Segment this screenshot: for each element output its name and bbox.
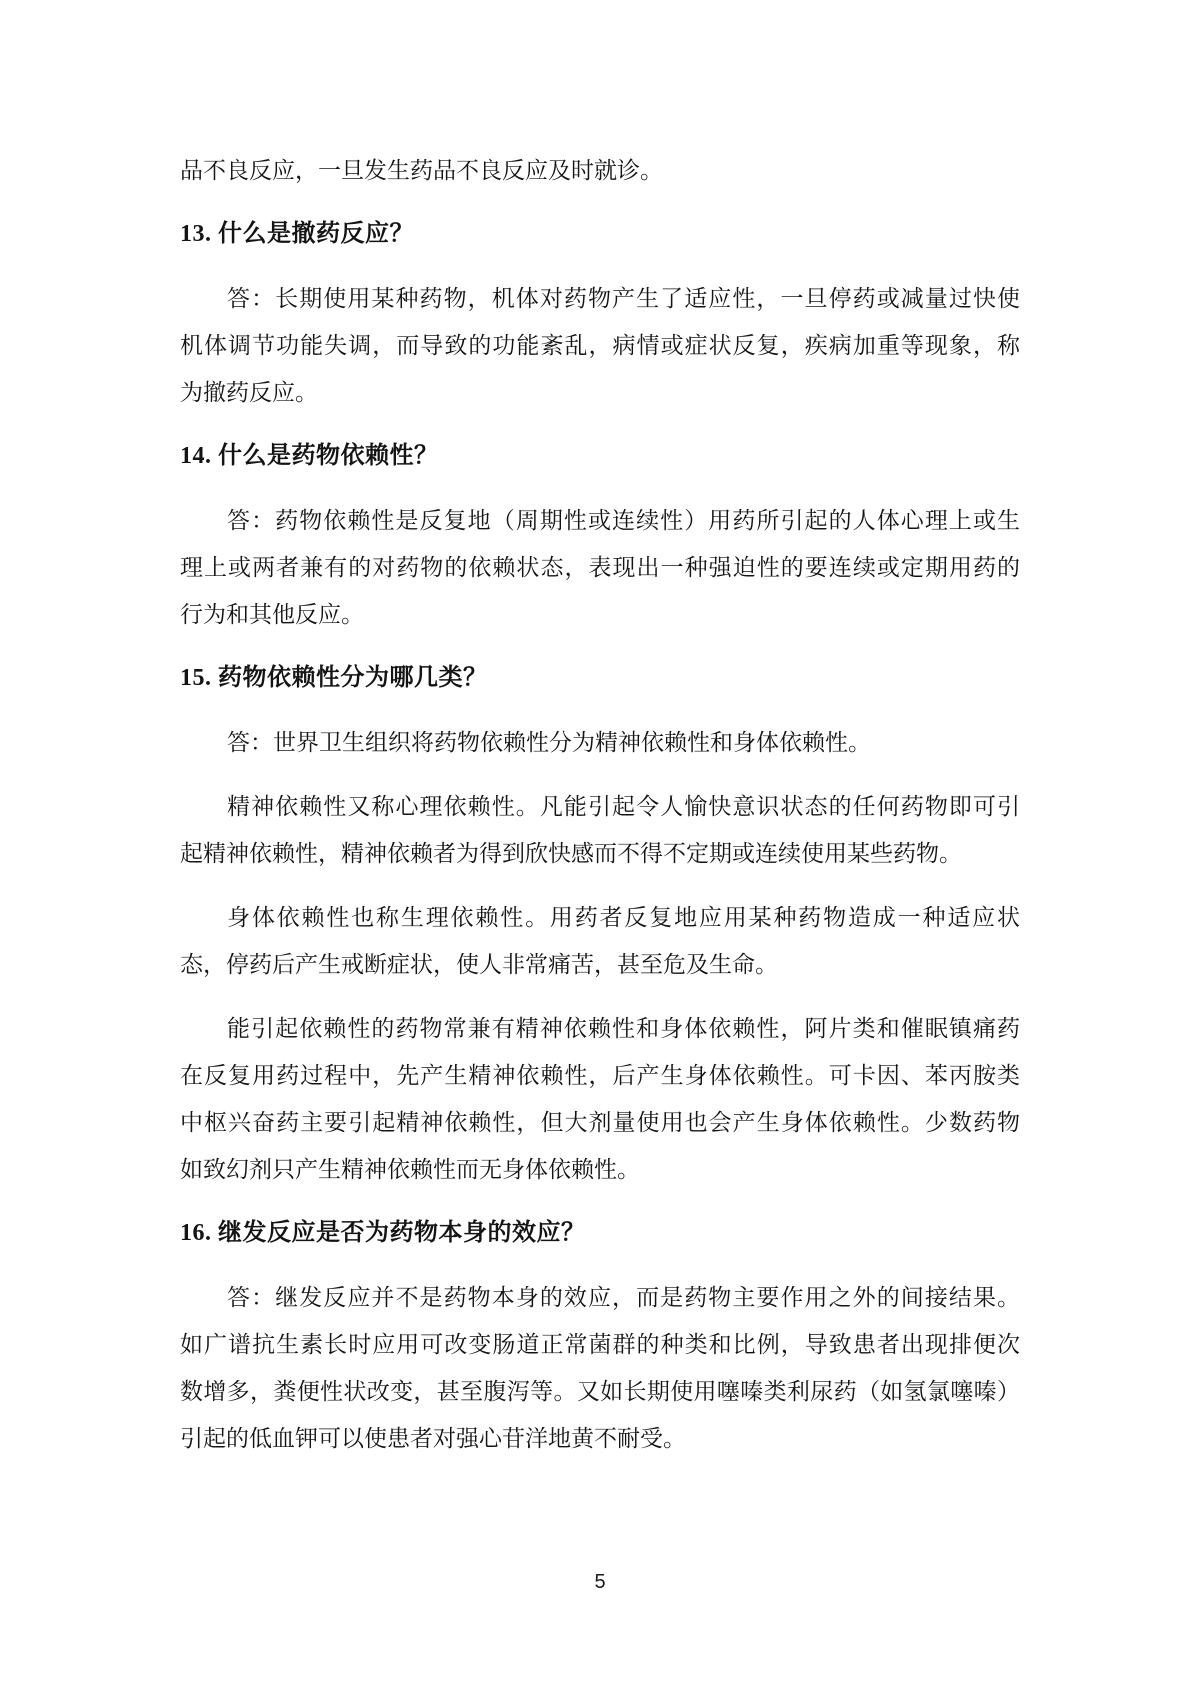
paragraph: 能引起依赖性的药物常兼有精神依赖性和身体依赖性，阿片类和催眠镇痛药在反复用药过程…: [180, 1005, 1020, 1193]
text-line: 如致幻剂只产生精神依赖性而无身体依赖性。: [180, 1146, 1020, 1193]
page-number: 5: [594, 1571, 605, 1593]
document-page: 品不良反应，一旦发生药品不良反应及时就诊。13. 什么是撤药反应？答：长期使用某…: [0, 0, 1200, 1697]
paragraph: 身体依赖性也称生理依赖性。用药者反复地应用某种药物造成一种适应状态，停药后产生戒…: [180, 894, 1020, 988]
text-line: 13. 什么是撤药反应？: [180, 211, 1020, 258]
text-line: 身体依赖性也称生理依赖性。用药者反复地应用某种药物造成一种适应状: [180, 894, 1020, 941]
paragraph: 答：长期使用某种药物，机体对药物产生了适应性，一旦停药或减量过快使机体调节功能失…: [180, 275, 1020, 416]
text-line: 答：药物依赖性是反复地（周期性或连续性）用药所引起的人体心理上或生: [180, 497, 1020, 544]
text-line: 理上或两者兼有的对药物的依赖状态，表现出一种强迫性的要连续或定期用药的: [180, 544, 1020, 591]
text-line: 在反复用药过程中，先产生精神依赖性，后产生身体依赖性。可卡因、苯丙胺类: [180, 1052, 1020, 1099]
text-line: 精神依赖性又称心理依赖性。凡能引起令人愉快意识状态的任何药物即可引: [180, 783, 1020, 830]
paragraph: 答：继发反应并不是药物本身的效应，而是药物主要作用之外的间接结果。如广谱抗生素长…: [180, 1274, 1020, 1462]
paragraph: 品不良反应，一旦发生药品不良反应及时就诊。: [180, 147, 1020, 194]
question-heading: 14. 什么是药物依赖性？: [180, 433, 1020, 480]
question-heading: 16. 继发反应是否为药物本身的效应？: [180, 1210, 1020, 1257]
text-line: 答：世界卫生组织将药物依赖性分为精神依赖性和身体依赖性。: [180, 719, 1020, 766]
paragraph: 精神依赖性又称心理依赖性。凡能引起令人愉快意识状态的任何药物即可引起精神依赖性，…: [180, 783, 1020, 877]
text-line: 行为和其他反应。: [180, 591, 1020, 638]
text-line: 品不良反应，一旦发生药品不良反应及时就诊。: [180, 147, 1020, 194]
text-line: 起精神依赖性，精神依赖者为得到欣快感而不得不定期或连续使用某些药物。: [180, 830, 1020, 877]
page-footer: 5: [0, 1570, 1200, 1594]
question-heading: 13. 什么是撤药反应？: [180, 211, 1020, 258]
document-body: 品不良反应，一旦发生药品不良反应及时就诊。13. 什么是撤药反应？答：长期使用某…: [180, 147, 1020, 1462]
text-line: 15. 药物依赖性分为哪几类？: [180, 655, 1020, 702]
paragraph: 答：药物依赖性是反复地（周期性或连续性）用药所引起的人体心理上或生理上或两者兼有…: [180, 497, 1020, 638]
text-line: 态，停药后产生戒断症状，使人非常痛苦，甚至危及生命。: [180, 941, 1020, 988]
text-line: 引起的低血钾可以使患者对强心苷洋地黄不耐受。: [180, 1415, 1020, 1462]
text-line: 数增多，粪便性状改变，甚至腹泻等。又如长期使用噻嗪类利尿药（如氢氯噻嗪）: [180, 1368, 1020, 1415]
question-heading: 15. 药物依赖性分为哪几类？: [180, 655, 1020, 702]
text-line: 答：继发反应并不是药物本身的效应，而是药物主要作用之外的间接结果。: [180, 1274, 1020, 1321]
text-line: 答：长期使用某种药物，机体对药物产生了适应性，一旦停药或减量过快使: [180, 275, 1020, 322]
text-line: 14. 什么是药物依赖性？: [180, 433, 1020, 480]
text-line: 如广谱抗生素长时应用可改变肠道正常菌群的种类和比例，导致患者出现排便次: [180, 1321, 1020, 1368]
text-line: 16. 继发反应是否为药物本身的效应？: [180, 1210, 1020, 1257]
text-line: 机体调节功能失调，而导致的功能紊乱，病情或症状反复，疾病加重等现象，称: [180, 322, 1020, 369]
text-line: 为撤药反应。: [180, 369, 1020, 416]
paragraph: 答：世界卫生组织将药物依赖性分为精神依赖性和身体依赖性。: [180, 719, 1020, 766]
text-line: 中枢兴奋药主要引起精神依赖性，但大剂量使用也会产生身体依赖性。少数药物: [180, 1099, 1020, 1146]
text-line: 能引起依赖性的药物常兼有精神依赖性和身体依赖性，阿片类和催眠镇痛药: [180, 1005, 1020, 1052]
